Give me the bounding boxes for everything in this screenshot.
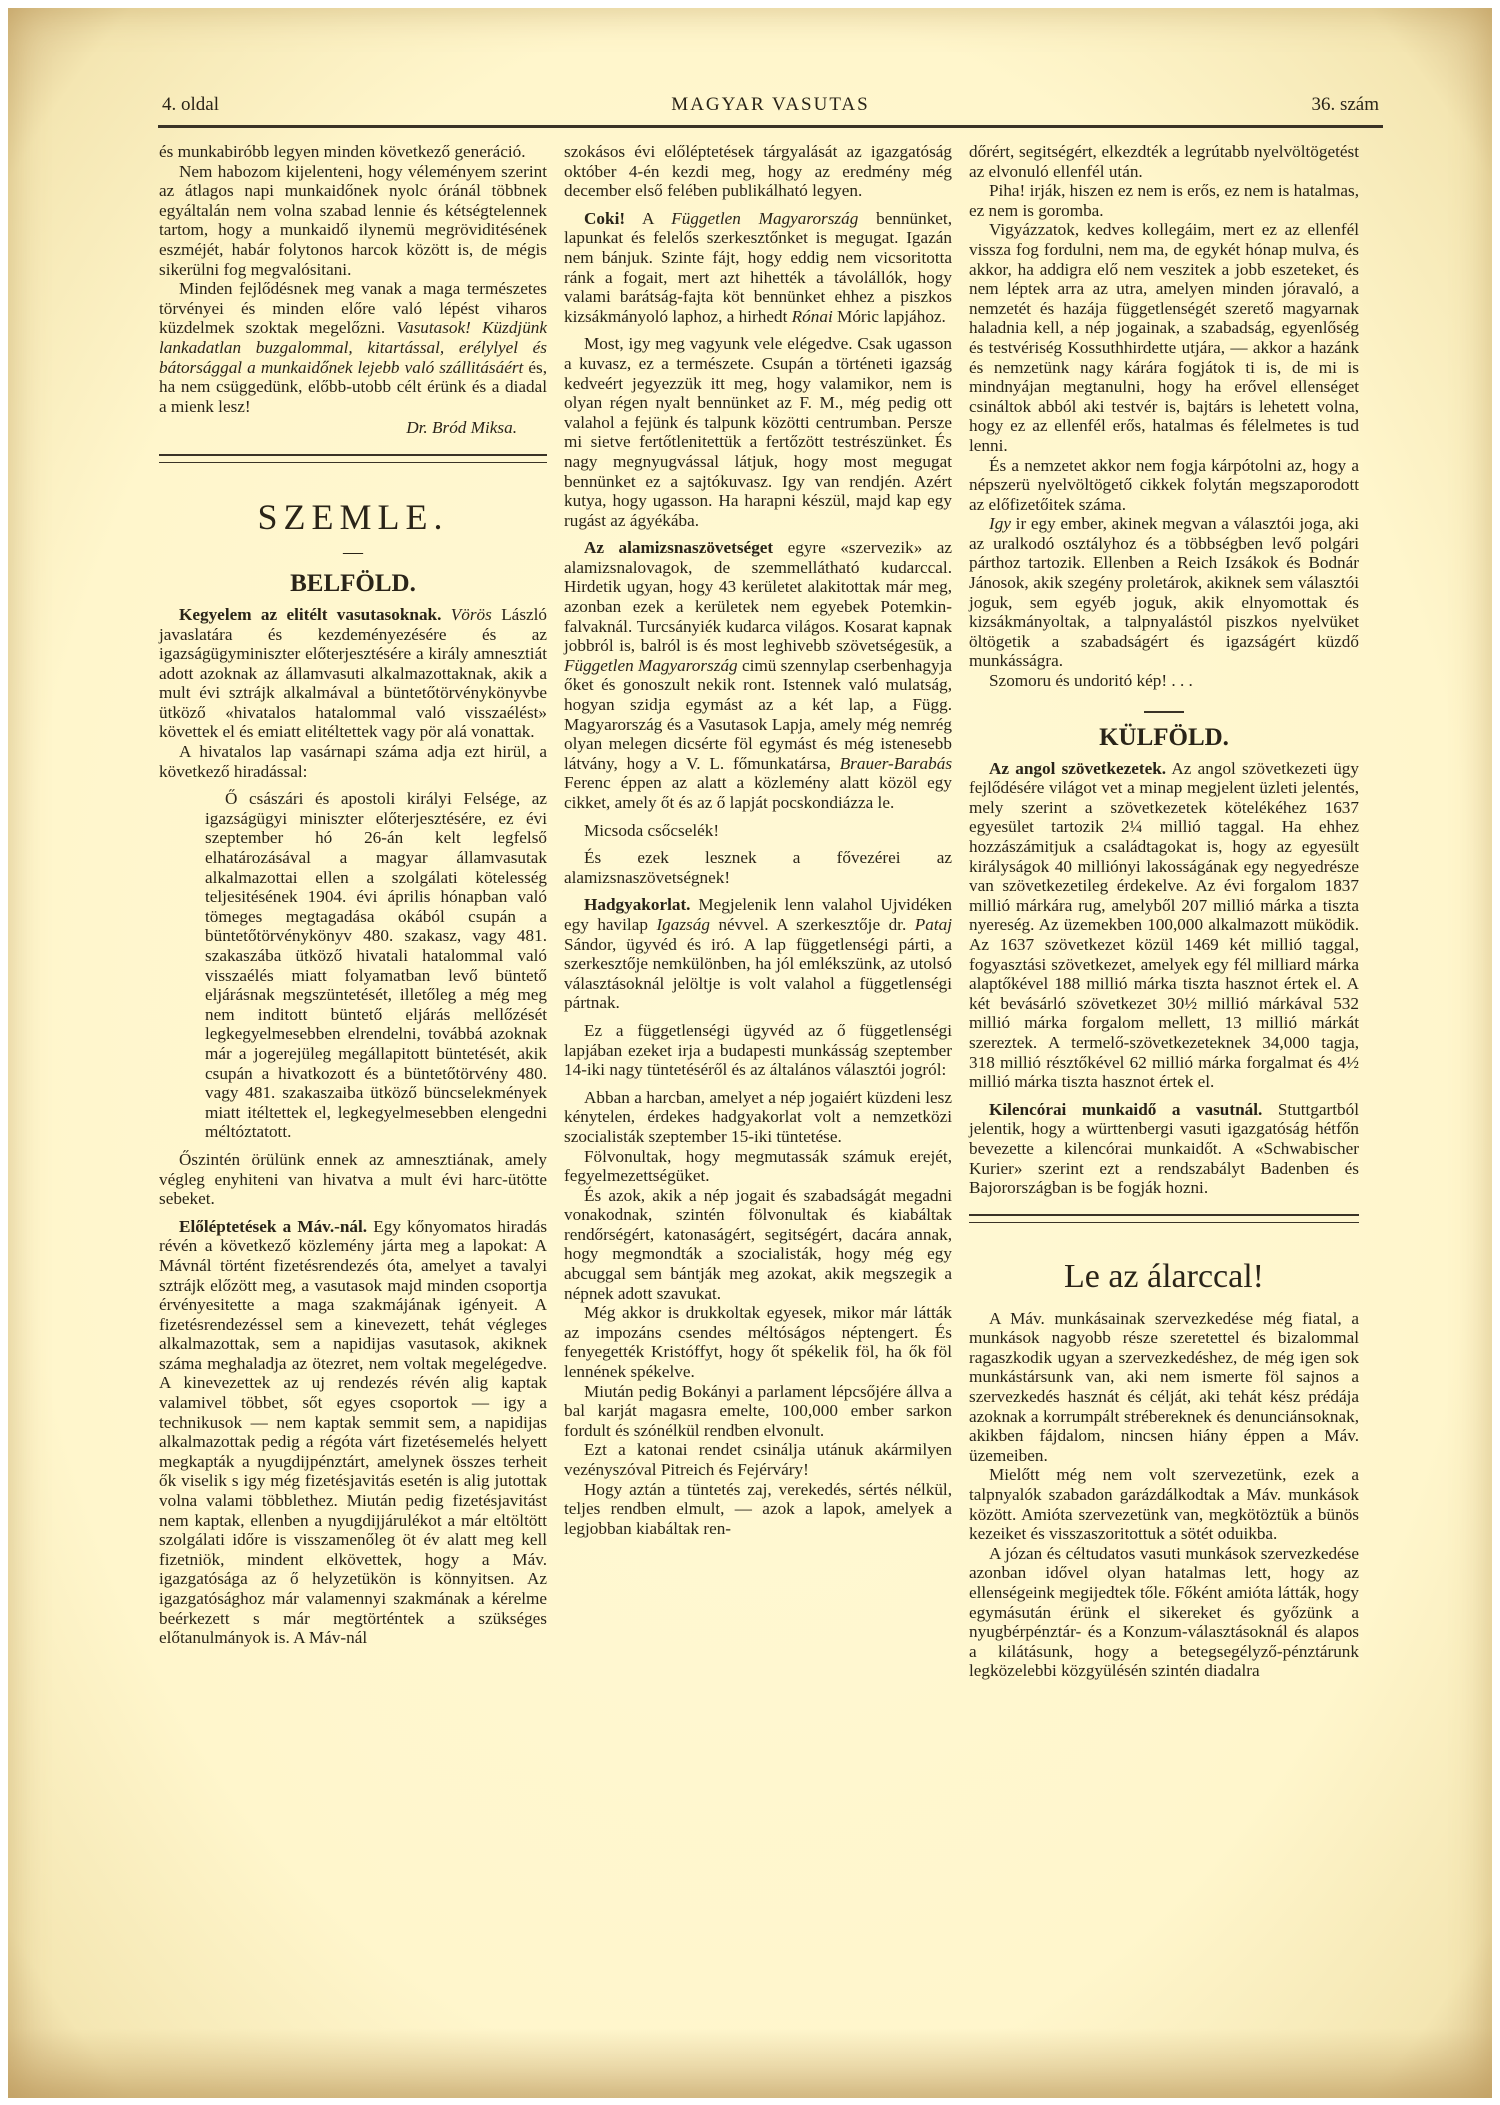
paragraph: Minden fejlődésnek meg vanak a maga term… [159, 279, 547, 416]
section-divider [159, 454, 547, 463]
column-2: szokásos évi előléptetések tárgyalását a… [564, 142, 952, 1538]
article-heading: Kilencórai munkaidő a vasutnál. [989, 1100, 1262, 1119]
paragraph: Nem habozom kijelenteni, hogy véleményem… [159, 162, 547, 280]
signature: Dr. Bród Miksa. [159, 418, 547, 438]
section-title: SZEMLE. [159, 497, 547, 537]
article-kegyelem: Kegyelem az elitélt vasutasoknak. Vörös … [159, 605, 547, 742]
article-heading: Az alamizsnaszövetséget [584, 538, 773, 557]
paragraph: Micsoda csőcselék! [564, 821, 952, 841]
section-dash: — [159, 541, 547, 563]
header-rule [158, 125, 1383, 128]
article-coki: Coki! A Független Magyarország bennünket… [564, 209, 952, 327]
paragraph: és munkabiróbb legyen minden következő g… [159, 142, 547, 162]
paragraph: Piha! irják, hiszen ez nem is erős, ez n… [969, 181, 1359, 220]
paragraph: Ez a függetlenségi ügyvéd az ő független… [564, 1021, 952, 1080]
paragraph: dőrért, segitségért, elkezdték a legrúta… [969, 142, 1359, 181]
paragraph: Miután pedig Bokányi a parlament lépcsőj… [564, 1382, 952, 1441]
paragraph: Hogy aztán a tüntetés zaj, verekedés, sé… [564, 1480, 952, 1539]
article-hadgyakorlat: Hadgyakorlat. Megjelenik lenn valahol Uj… [564, 895, 952, 1013]
column-3: dőrért, segitségért, elkezdték a legrúta… [969, 142, 1359, 1681]
newspaper-page: 4. oldal MAGYAR VASUTAS 36. szám és munk… [8, 8, 1492, 2098]
official-quote: Ő császári és apostoli királyi Felsége, … [205, 789, 547, 1142]
paragraph: Még akkor is drukkoltak egyesek, mikor m… [564, 1303, 952, 1381]
paragraph: A hivatalos lap vasárnapi száma adja ezt… [159, 742, 547, 781]
paragraph: Ezt a katonai rendet csinálja utánuk aká… [564, 1440, 952, 1479]
subsection-title-kulfold: KÜLFÖLD. [969, 723, 1359, 753]
paragraph: Fölvonultak, hogy megmutassák számuk ere… [564, 1147, 952, 1186]
page-header: 4. oldal MAGYAR VASUTAS 36. szám [158, 94, 1383, 124]
section-divider [1144, 711, 1184, 713]
issue-number: 36. szám [1311, 94, 1379, 116]
paragraph: A Máv. munkásainak szervezkedése még fia… [969, 1309, 1359, 1466]
paragraph: Abban a harcban, amelyet a nép jogaiért … [564, 1088, 952, 1147]
article-heading: Coki! [584, 209, 625, 228]
article-alamizsna: Az alamizsnaszövetséget egyre «szervezik… [564, 538, 952, 812]
article-heading: Az angol szövetkezetek. [989, 759, 1166, 778]
paragraph: Szomoru és undoritó kép! . . . [969, 671, 1359, 691]
paragraph: szokásos évi előléptetések tárgyalását a… [564, 142, 952, 201]
article-title: Le az álarccal! [969, 1257, 1359, 1297]
article-heading: Hadgyakorlat. [584, 895, 690, 914]
section-divider [969, 1214, 1359, 1223]
paragraph: Vigyázzatok, kedves kollegáim, mert ez a… [969, 220, 1359, 455]
paragraph: Őszintén örülünk ennek az amnesztiának, … [159, 1150, 547, 1209]
article-angol-szovetkezetek: Az angol szövetkezetek. Az angol szövetk… [969, 759, 1359, 1092]
paragraph: Mielőtt még nem volt szervezetünk, ezek … [969, 1465, 1359, 1543]
masthead-title: MAGYAR VASUTAS [158, 94, 1383, 116]
paragraph: A józan és céltudatos vasuti munkások sz… [969, 1544, 1359, 1681]
article-heading: Kegyelem az elitélt vasutasoknak. [179, 605, 441, 624]
paragraph: Igy ir egy ember, akinek megvan a válasz… [969, 514, 1359, 671]
paragraph: És a nemzetet akkor nem fogja kárpótolni… [969, 456, 1359, 515]
paragraph: És azok, akik a nép jogait és szabadságá… [564, 1186, 952, 1304]
paragraph: Most, igy meg vagyunk vele elégedve. Csa… [564, 334, 952, 530]
article-kilencorai: Kilencórai munkaidő a vasutnál. Stuttgar… [969, 1100, 1359, 1198]
subsection-title-belfold: BELFÖLD. [159, 569, 547, 599]
article-heading: Előléptetések a Máv.-nál. [179, 1217, 367, 1236]
article-eloleptetesek: Előléptetések a Máv.-nál. Egy kőnyomatos… [159, 1217, 547, 1648]
paragraph: És ezek lesznek a fővezérei az alamizsna… [564, 848, 952, 887]
column-1: és munkabiróbb legyen minden következő g… [159, 142, 547, 1648]
